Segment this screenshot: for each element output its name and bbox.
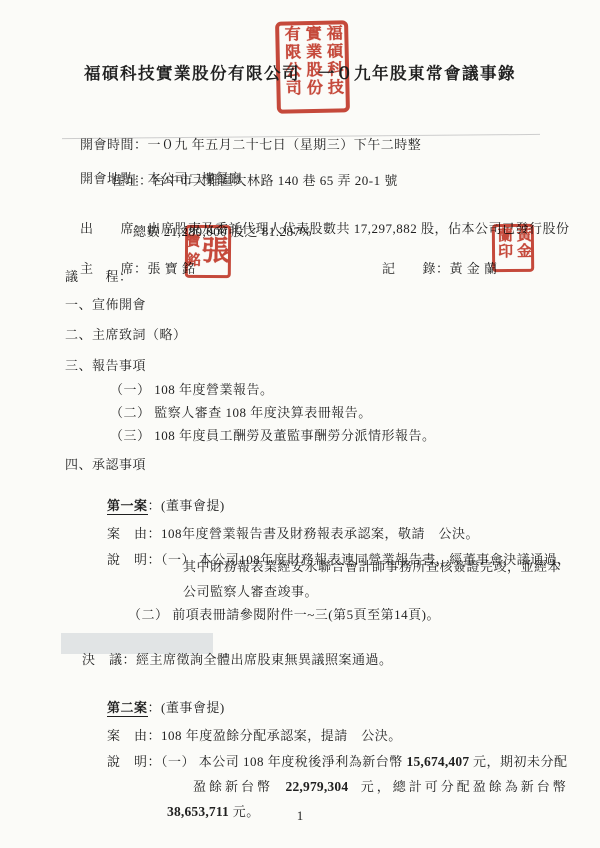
recorder-seal-text: 黃金蘭印 bbox=[494, 227, 532, 269]
chairman-seal-text: 張 寶 銘 bbox=[186, 232, 230, 270]
case1-explanation-line3: 公司監察人審查竣事。 bbox=[183, 582, 318, 601]
recorder-name: 黃 金 蘭 bbox=[450, 261, 498, 276]
case1-explanation-line4: （二） 前項表冊請參閱附件一~三(第5頁至第14頁)。 bbox=[128, 605, 440, 624]
agenda-item-1: 一、宣佈開會 bbox=[65, 295, 146, 314]
chairman-seal-col-left: 寶 銘 bbox=[186, 232, 201, 270]
page-number: 1 bbox=[0, 806, 600, 825]
case2-explanation-label: 說 明： bbox=[107, 754, 161, 769]
case1-explanation-label: 說 明： bbox=[107, 552, 161, 567]
agenda-item-4: 四、承認事項 bbox=[65, 455, 146, 474]
chairman-seal: 張 寶 銘 bbox=[185, 225, 231, 278]
case2-explanation-line2-post: 元，總計可分配盈餘為新台幣 bbox=[348, 779, 569, 794]
recorder-row: 記 錄：黃 金 蘭 bbox=[367, 240, 498, 297]
case2-beginning-balance: 22,979,304 bbox=[286, 779, 349, 794]
report-item-1: （一） 108 年度營業報告。 bbox=[110, 380, 274, 399]
report-item-3: （三） 108 年度員工酬勞及董監事酬勞分派情形報告。 bbox=[110, 426, 436, 445]
case1-explanation-line2: 其中財務報表業經安永聯合會計師事務所查核簽證完竣，並經本 bbox=[183, 557, 561, 576]
case1-resolution-label: 決 議： bbox=[82, 652, 136, 667]
agenda-label: 議 程： bbox=[65, 267, 133, 286]
document-title: 福碩科技實業股份有限公司 一０九年股東常會議事錄 bbox=[0, 60, 600, 84]
chairman-seal-char-bottom: 銘 bbox=[186, 251, 201, 270]
agenda-item-3: 三、報告事項 bbox=[65, 356, 146, 375]
chairman-seal-char-top: 寶 bbox=[186, 232, 201, 251]
minutes-page: 福碩科技實業股份有限公司 一０九年股東常會議事錄 福碩科技實業股份有限公司 開會… bbox=[0, 0, 600, 848]
case1-resolution-value: 經主席徵詢全體出席股東無異議照案通過。 bbox=[136, 652, 393, 667]
chairman-seal-char-right: 張 bbox=[202, 237, 230, 265]
report-item-2: （二） 監察人審查 108 年度決算表冊報告。 bbox=[110, 403, 372, 422]
agenda-item-2: 二、主席致詞（略） bbox=[65, 325, 187, 344]
recorder-seal: 黃金蘭印 bbox=[492, 224, 534, 272]
recorder-label: 記 錄： bbox=[382, 261, 450, 276]
meeting-address: 住址：台中市大雅區大林路 140 巷 65 弄 20-1 號 bbox=[112, 171, 398, 190]
